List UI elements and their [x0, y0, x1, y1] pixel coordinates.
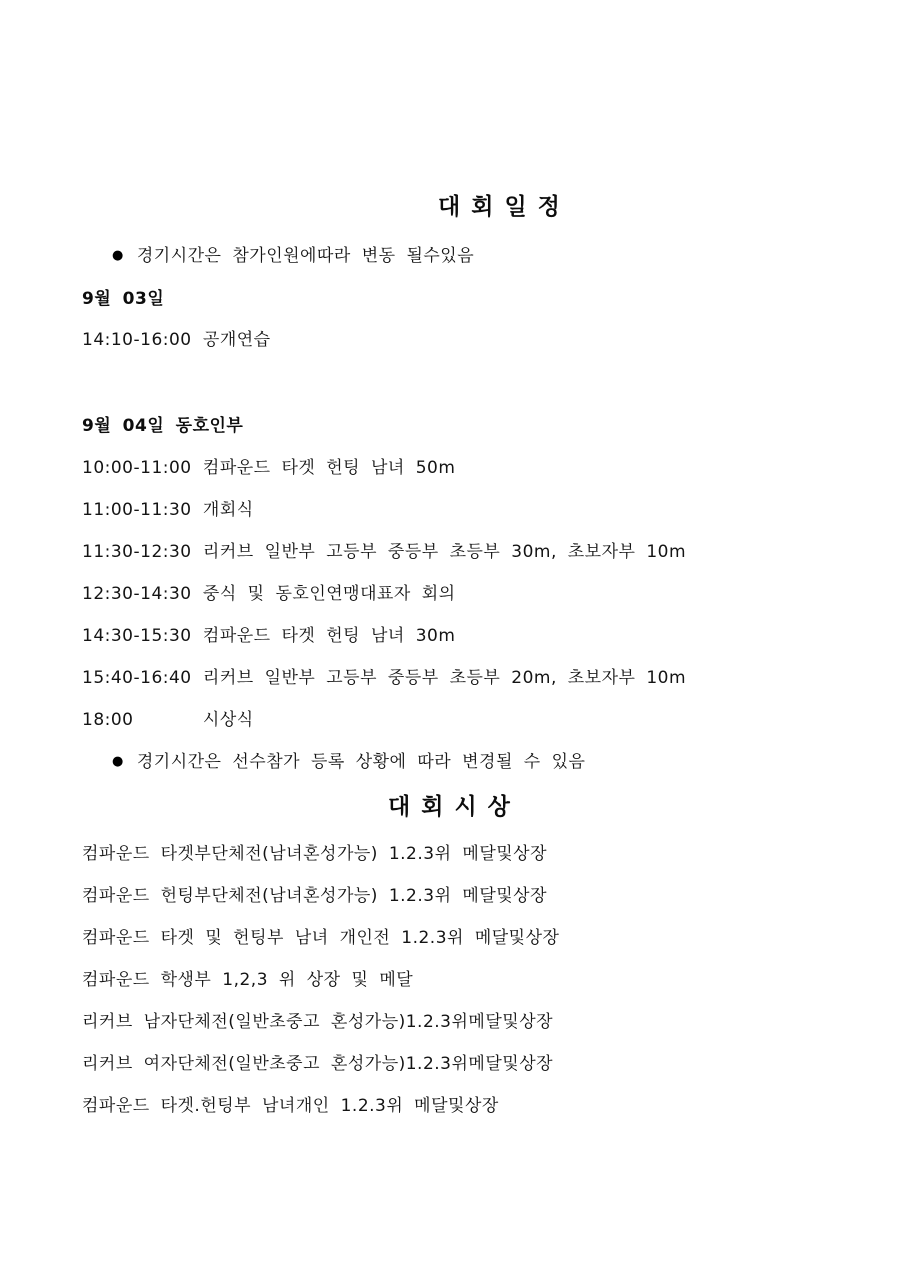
award-row: 컴파운드 타겟 및 헌팅부 남녀 개인전 1.2.3위 메달및상장 [82, 929, 900, 947]
closing-notice-line: ● 경기시간은 선수참가 등록 상황에 따라 변경될 수 있음 [112, 753, 900, 771]
notice-text: 경기시간은 참가인원에따라 변동 될수있음 [137, 247, 474, 265]
schedule-row: 18:00 시상식 [82, 711, 900, 729]
schedule-row: 11:00-11:30 개회식 [82, 501, 900, 519]
desc-cell: 리커브 일반부 고등부 중등부 초등부 20m, 초보자부 10m [203, 668, 686, 688]
time-cell: 10:00-11:00 [82, 459, 192, 477]
schedule-row: 14:10-16:00 공개연습 [82, 331, 900, 349]
time-cell: 14:30-15:30 [82, 627, 192, 645]
schedule-row: 10:00-11:00 컴파운드 타겟 헌팅 남녀 50m [82, 459, 900, 477]
day1-heading: 9월 03일 [82, 290, 900, 308]
time-cell: 11:30-12:30 [82, 543, 192, 561]
award-row: 리커브 남자단체전(일반초중고 혼성가능)1.2.3위메달및상장 [82, 1013, 900, 1031]
award-row: 컴파운드 타겟.헌팅부 남녀개인 1.2.3위 메달및상장 [82, 1097, 900, 1115]
award-row: 리커브 여자단체전(일반초중고 혼성가능)1.2.3위메달및상장 [82, 1055, 900, 1073]
schedule-title: 대 회 일 정 [438, 193, 900, 221]
time-cell: 11:00-11:30 [82, 501, 192, 519]
desc-cell: 리커브 일반부 고등부 중등부 초등부 30m, 초보자부 10m [203, 542, 686, 562]
bullet-icon: ● [112, 247, 124, 265]
schedule-row: 12:30-14:30 중식 및 동호인연맹대표자 회의 [82, 585, 900, 603]
notice-line: ● 경기시간은 참가인원에따라 변동 될수있음 [112, 247, 900, 265]
time-cell: 12:30-14:30 [82, 585, 192, 603]
awards-title: 대 회 시 상 [388, 793, 900, 821]
closing-notice-text: 경기시간은 선수참가 등록 상황에 따라 변경될 수 있음 [137, 753, 586, 771]
schedule-row: 15:40-16:40 리커브 일반부 고등부 중등부 초등부 20m, 초보자… [82, 669, 900, 687]
award-row: 컴파운드 학생부 1,2,3 위 상장 및 메달 [82, 971, 900, 989]
time-cell: 18:00 [82, 711, 192, 729]
desc-cell: 개회식 [203, 500, 254, 520]
document-page: 대 회 일 정 ● 경기시간은 참가인원에따라 변동 될수있음 9월 03일 1… [0, 0, 900, 1115]
award-row: 컴파운드 타겟부단체전(남녀혼성가능) 1.2.3위 메달및상장 [82, 845, 900, 863]
desc-cell: 컴파운드 타겟 헌팅 남녀 50m [203, 458, 456, 478]
desc-cell: 컴파운드 타겟 헌팅 남녀 30m [203, 626, 456, 646]
desc-cell: 중식 및 동호인연맹대표자 회의 [203, 584, 456, 604]
schedule-row: 14:30-15:30 컴파운드 타겟 헌팅 남녀 30m [82, 627, 900, 645]
time-cell: 15:40-16:40 [82, 669, 192, 687]
bullet-icon: ● [112, 753, 124, 771]
desc-cell: 시상식 [203, 710, 254, 730]
desc-cell: 공개연습 [203, 330, 271, 350]
award-row: 컴파운드 헌팅부단체전(남녀혼성가능) 1.2.3위 메달및상장 [82, 887, 900, 905]
day2-heading: 9월 04일 동호인부 [82, 417, 900, 435]
schedule-row: 11:30-12:30 리커브 일반부 고등부 중등부 초등부 30m, 초보자… [82, 543, 900, 561]
time-cell: 14:10-16:00 [82, 331, 192, 349]
